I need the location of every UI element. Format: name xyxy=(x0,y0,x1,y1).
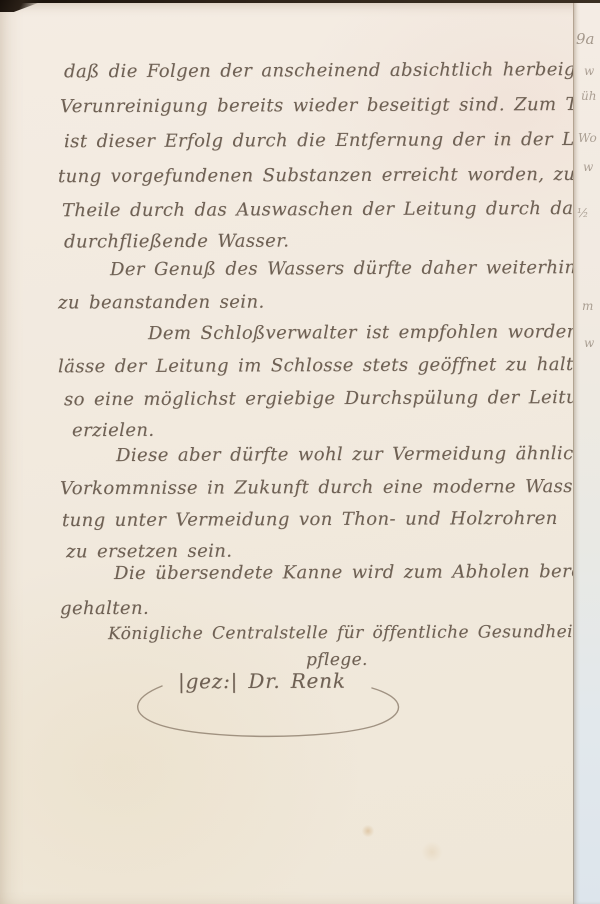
adjacent-page-text-fragment: üh xyxy=(581,89,596,103)
adjacent-page-number-fragment: 9a xyxy=(576,30,595,48)
manuscript-line: lässe der Leitung im Schlosse stets geöf… xyxy=(58,352,600,381)
manuscript-line: Die übersendete Kanne wird zum Abholen b… xyxy=(114,559,596,587)
adjacent-page-text-fragment: w xyxy=(584,336,594,350)
manuscript-line: tung vorgefundenen Substanzen erreicht w… xyxy=(58,162,593,190)
adjacent-page-text-fragment: w xyxy=(584,64,594,78)
adjacent-page-text-fragment: Wo xyxy=(578,131,597,145)
signature-text: |gez:| Dr. Renk xyxy=(178,668,346,695)
manuscript-line: so eine möglichst ergiebige Durchspülung… xyxy=(64,385,600,413)
adjacent-page-text-fragment: ½ xyxy=(577,206,589,220)
photo-edge-top xyxy=(0,0,600,3)
closing-institution-line: Königliche Centralstelle für öffentliche… xyxy=(108,619,595,647)
manuscript-line: gehalten. xyxy=(60,596,149,622)
manuscript-line: Diese aber dürfte wohl zur Vermeidung äh… xyxy=(116,441,600,469)
manuscript-line: zu beanstanden sein. xyxy=(58,290,265,317)
manuscript-line: Verunreinigung bereits wieder beseitigt … xyxy=(60,92,600,120)
adjacent-page-text-fragment: m xyxy=(582,299,593,313)
manuscript-line: durchfließende Wasser. xyxy=(64,229,289,256)
manuscript-line: tung unter Vermeidung von Thon- und Holz… xyxy=(62,506,558,534)
adjacent-page-text-fragment: w xyxy=(583,160,593,174)
manuscript-line: Theile durch das Auswaschen der Leitung … xyxy=(62,196,600,224)
manuscript-line: Vorkommnisse in Zukunft durch eine moder… xyxy=(60,474,600,502)
manuscript-line: Dem Schloßverwalter ist empfohlen worden… xyxy=(148,319,600,347)
manuscript-line: daß die Folgen der anscheinend absichtli… xyxy=(64,57,600,86)
manuscript-line: Der Genuß des Wassers dürfte daher weite… xyxy=(110,255,600,283)
manuscript-line: ist dieser Erfolg durch die Entfernung d… xyxy=(64,127,598,155)
manuscript-line: erzielen. xyxy=(72,418,155,444)
